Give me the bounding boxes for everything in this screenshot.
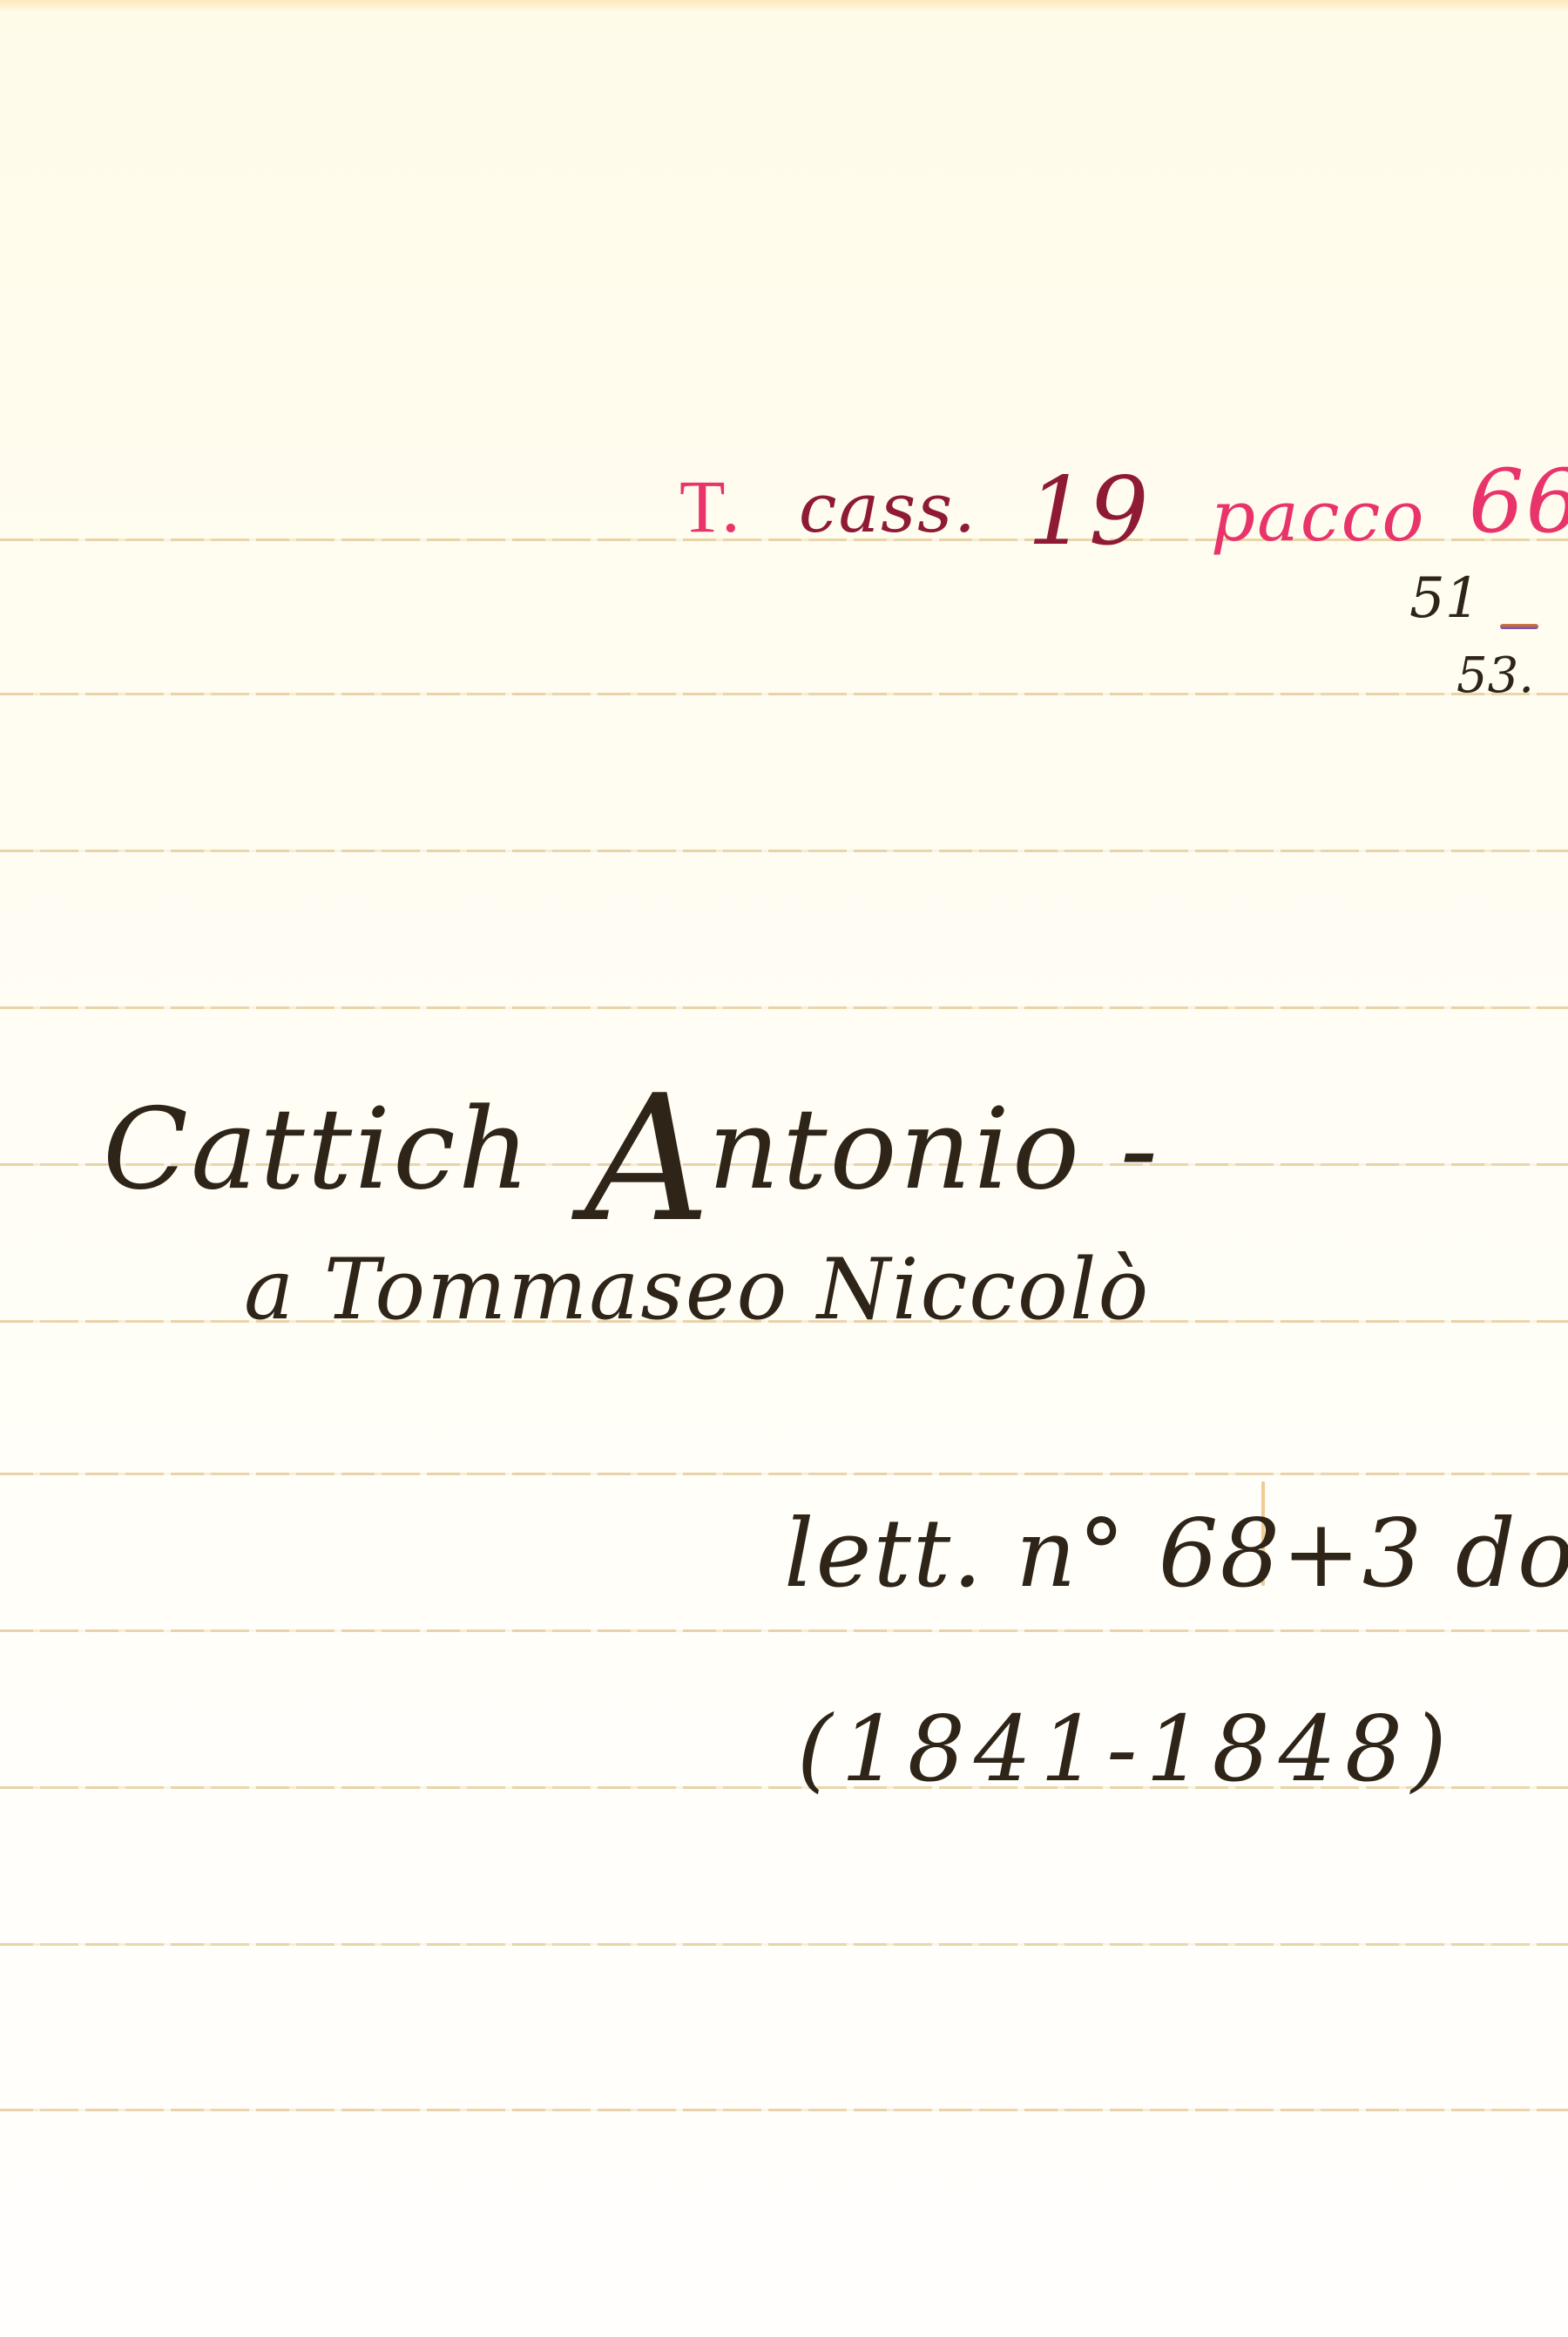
ruled-line: [0, 693, 1568, 695]
ruled-line: [0, 1629, 1568, 1632]
recipient: a Tommaseo Niccolò: [244, 1248, 1150, 1331]
correspondent-name: CattichAntonio -: [103, 1041, 1160, 1216]
surname: Cattich: [103, 1085, 532, 1215]
shelfmark-package-number: 66.: [1469, 458, 1568, 545]
given-name-initial: A: [585, 1073, 713, 1247]
date-range: (1841-1848): [797, 1704, 1456, 1794]
ruled-line: [0, 2109, 1568, 2111]
shelfmark-package-label: pacco: [1211, 482, 1426, 552]
shelfmark-prefix: T.: [679, 469, 742, 544]
ruled-line: [0, 850, 1568, 852]
given-name-rest: ntonio -: [708, 1085, 1160, 1215]
shelfmark-box-label: cass.: [799, 475, 977, 543]
ruled-line: [0, 1006, 1568, 1009]
range-to: 53.: [1456, 652, 1534, 701]
shelfmark-box-number: 19: [1027, 465, 1150, 559]
ruled-line: [0, 1943, 1568, 1946]
range-dash: [1500, 624, 1538, 629]
catalog-card: T. cass. 19 pacco 66. 51 53. CattichAnto…: [0, 0, 1568, 2337]
range-from: 51: [1409, 571, 1480, 627]
ruled-line: [0, 1473, 1568, 1475]
item-count: lett. n° 68+3 doc.: [784, 1507, 1568, 1602]
shelfmark: T. cass. 19 pacco 66.: [679, 453, 1568, 547]
